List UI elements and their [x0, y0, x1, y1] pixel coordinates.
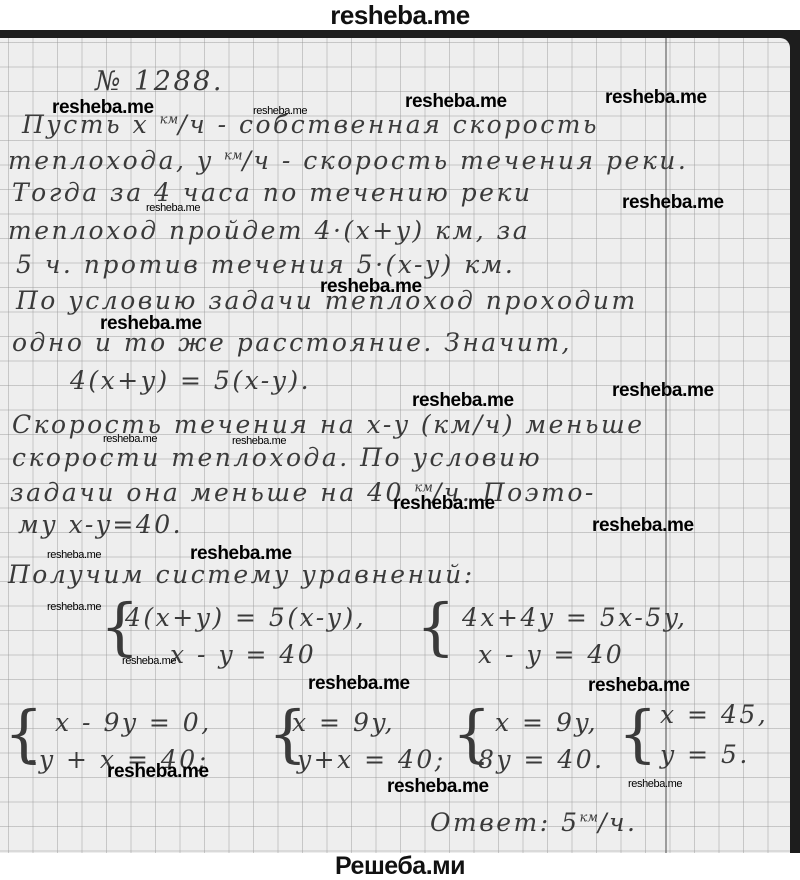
watermark: resheba.me	[47, 549, 101, 561]
site-footer: Решеба.ми	[0, 853, 800, 880]
watermark: resheba.me	[412, 390, 514, 412]
watermark: resheba.me	[628, 778, 682, 790]
solution-line-4: теплоход пройдет 4·(x+y) км, за	[8, 216, 530, 245]
solution-line-3: Тогда за 4 часа по течению реки	[12, 178, 533, 207]
notebook-page: № 1288. Пусть x км/ч - собственная скоро…	[0, 38, 790, 853]
solution-line-2: теплохода, y км/ч - скорость течения рек…	[8, 146, 688, 175]
watermark: resheba.me	[122, 655, 176, 667]
solution-line-12: му x-y=40.	[18, 510, 183, 539]
solution-line-7: одно и то же расстояние. Значит,	[12, 328, 572, 357]
system-brace: {	[416, 596, 455, 658]
watermark: resheba.me	[622, 192, 724, 214]
notebook-photo: № 1288. Пусть x км/ч - собственная скоро…	[0, 30, 800, 853]
watermark: resheba.me	[605, 87, 707, 109]
watermark: resheba.me	[308, 673, 410, 695]
system-1-eq1: 4(x+y) = 5(x-y),	[125, 603, 366, 632]
watermark: resheba.me	[103, 433, 157, 445]
system-1-eq2: x - y = 40	[170, 640, 316, 669]
watermark: resheba.me	[232, 435, 286, 447]
watermark: resheba.me	[592, 515, 694, 537]
watermark: resheba.me	[393, 493, 495, 515]
solution-line-10: скорости теплохода. По условию	[12, 443, 542, 472]
system-3-eq1: x - 9y = 0,	[55, 708, 212, 737]
watermark: resheba.me	[612, 380, 714, 402]
watermark: resheba.me	[146, 202, 200, 214]
system-4-eq1: x = 9y,	[292, 708, 395, 737]
answer: Ответ: 5км/ч.	[430, 808, 638, 837]
system-6-eq2: y = 5.	[660, 740, 750, 769]
watermark: resheba.me	[190, 543, 292, 565]
watermark: resheba.me	[320, 276, 422, 298]
solution-line-5: 5 ч. против течения 5·(x-y) км.	[16, 250, 515, 279]
watermark: resheba.me	[100, 313, 202, 335]
system-5-eq2: 8y = 40.	[478, 745, 605, 774]
site-header: resheba.me	[0, 0, 800, 30]
system-4-eq2: -y+x = 40;	[286, 745, 446, 774]
watermark: resheba.me	[47, 601, 101, 613]
system-6-eq1: x = 45,	[660, 700, 768, 729]
watermark: resheba.me	[405, 91, 507, 113]
system-2-eq1: 4x+4y = 5x-5y,	[462, 603, 688, 632]
system-brace: {	[618, 703, 657, 765]
watermark: resheba.me	[387, 776, 489, 798]
system-5-eq1: x = 9y,	[495, 708, 598, 737]
solution-line-11: задачи она меньше на 40 км/ч. Поэто-	[10, 478, 596, 507]
watermark: resheba.me	[52, 97, 154, 119]
watermark: resheba.me	[588, 675, 690, 697]
watermark: resheba.me	[107, 761, 209, 783]
system-2-eq2: x - y = 40	[478, 640, 624, 669]
equation-main: 4(x+y) = 5(x-y).	[70, 366, 311, 395]
problem-number: № 1288.	[95, 66, 224, 97]
watermark: resheba.me	[253, 105, 307, 117]
